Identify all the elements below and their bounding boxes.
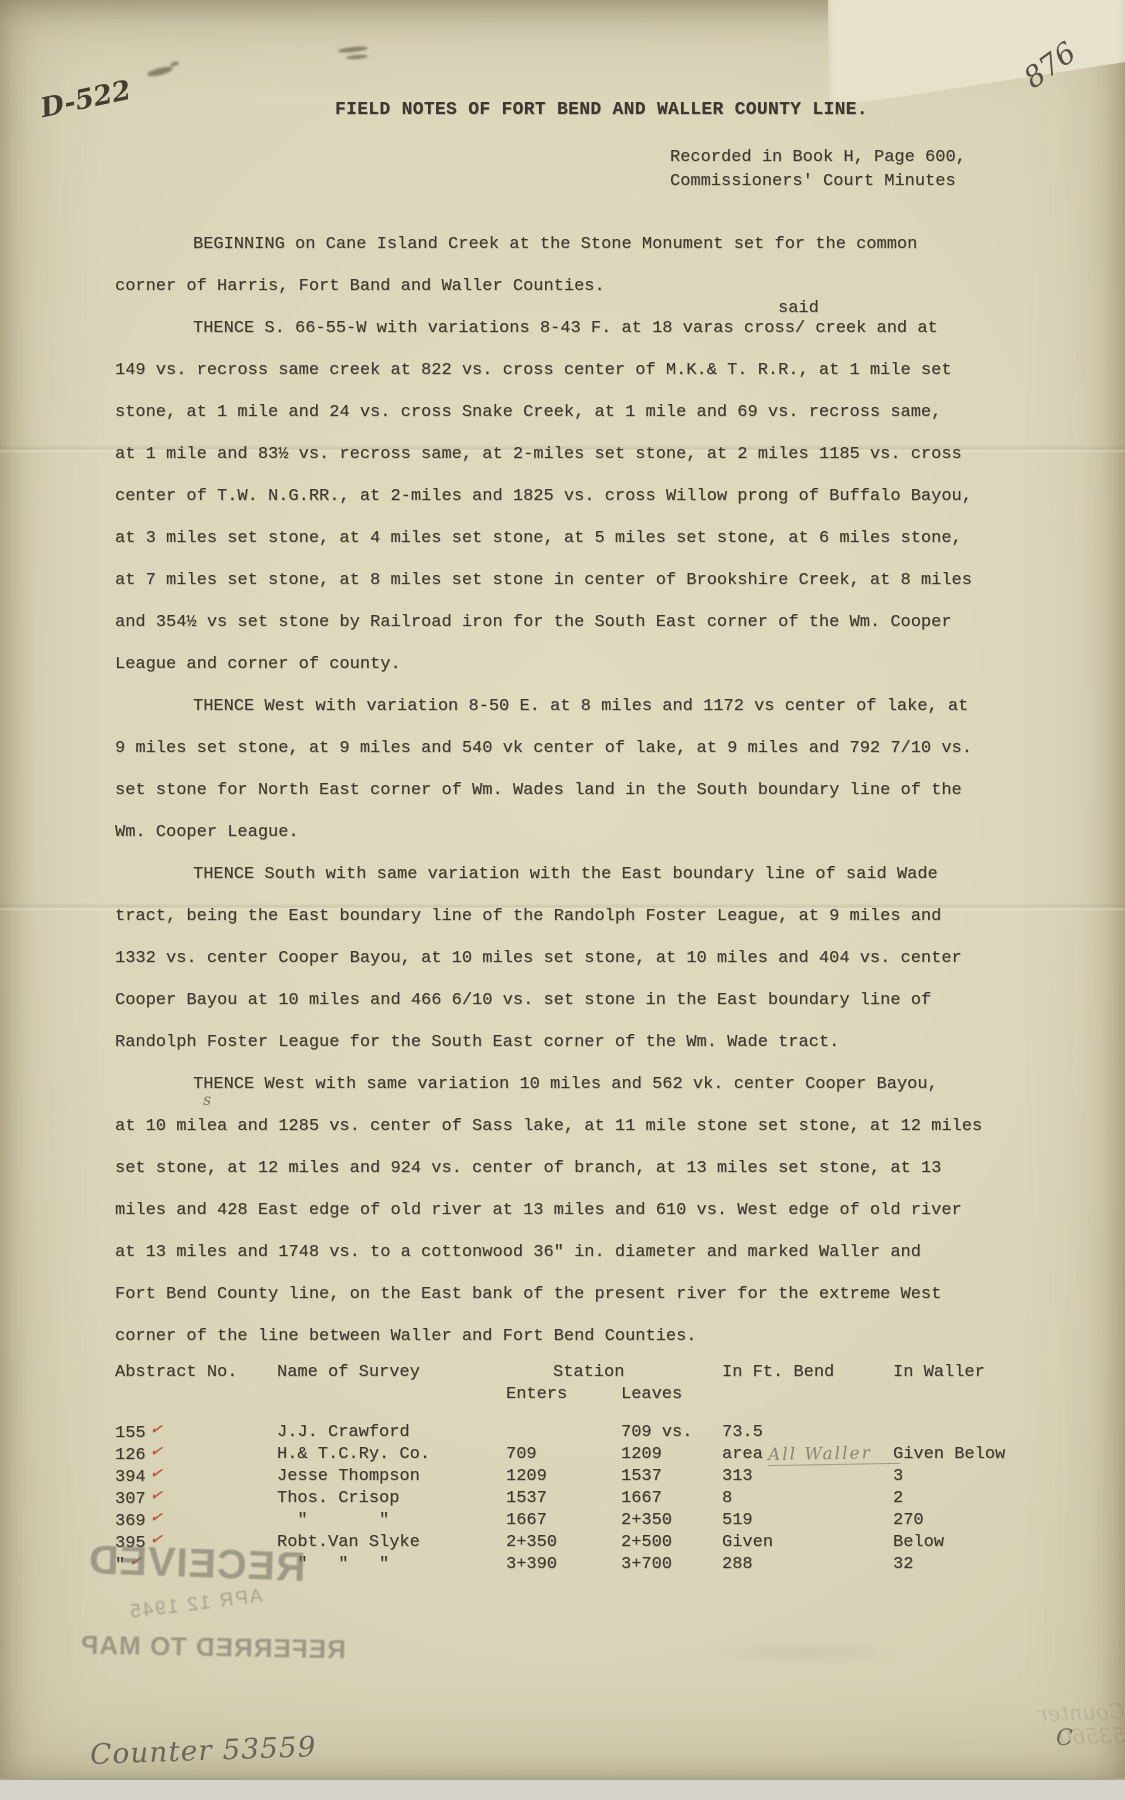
cell-enters: 1667: [506, 1511, 547, 1530]
cell-enters: 709: [506, 1445, 537, 1464]
paragraph-beginning: BEGINNING on Cane Island Creek at the St…: [115, 224, 1005, 308]
cell-enters: 3+390: [506, 1555, 557, 1574]
cell-leaves: 2+350: [621, 1511, 672, 1530]
cell-enters: 2+350: [506, 1533, 557, 1552]
bleed-counter-note: Counter 53560: [967, 1699, 1125, 1752]
col-header-name: Name of Survey: [277, 1363, 420, 1382]
paragraph-thence-1: THENCE S. 66-55-W with variations 8-43 F…: [115, 308, 1005, 686]
check-mark-icon: ✓: [147, 1419, 166, 1439]
cell-leaves: 3+700: [621, 1555, 672, 1574]
cell-ftbend: 519: [722, 1511, 753, 1530]
cell-waller: Below: [893, 1533, 944, 1552]
check-mark-icon: ✓: [147, 1485, 166, 1505]
handwritten-counter-number: Counter 53559: [89, 1730, 317, 1771]
cell-name: J.J. Crawford: [277, 1423, 410, 1442]
cell-leaves: 1209: [621, 1445, 662, 1464]
cell-leaves: 1667: [621, 1489, 662, 1508]
table-row: 307✓: [115, 1489, 162, 1509]
cell-waller: Given Below: [893, 1445, 1005, 1464]
cell-waller: 32: [893, 1555, 913, 1574]
ink-smudge: [170, 61, 180, 68]
cell-waller: 270: [893, 1511, 924, 1530]
cell-name: Jesse Thompson: [277, 1467, 420, 1486]
cell-name: " ": [277, 1511, 389, 1530]
cell-ftbend: Given: [722, 1533, 773, 1552]
handwritten-correction-s: s: [203, 1090, 211, 1109]
scanned-document: { "title": "FIELD NOTES OF FORT BEND AND…: [0, 0, 1125, 1800]
col-header-station: Station: [553, 1363, 624, 1382]
table-row: 155✓: [115, 1423, 162, 1443]
referred-to-map-stamp-bleed: REFERRED TO MAP: [80, 1630, 346, 1666]
scanner-background-band: [0, 1778, 1125, 1800]
ink-bleed-smudge: [700, 1640, 910, 1666]
cell-waller: 3: [893, 1467, 903, 1486]
handwritten-corner-mark: C: [1056, 1726, 1073, 1751]
document-title: FIELD NOTES OF FORT BEND AND WALLER COUN…: [335, 100, 868, 120]
page-corner-overlay: [828, 0, 1125, 110]
cell-name: H.& T.C.Ry. Co.: [277, 1445, 430, 1464]
check-mark-icon: ✓: [147, 1507, 166, 1527]
col-header-waller: In Waller: [893, 1363, 985, 1382]
cell-ftbend: 8: [722, 1489, 732, 1508]
col-header-enters: Enters: [506, 1385, 567, 1404]
document-page: D-522 876 FIELD NOTES OF FORT BEND AND W…: [0, 0, 1125, 1778]
cell-leaves: 2+500: [621, 1533, 672, 1552]
check-mark-icon: ✓: [147, 1463, 166, 1483]
cell-enters: 1209: [506, 1467, 547, 1486]
col-header-leaves: Leaves: [621, 1385, 682, 1404]
table-row: 126✓: [115, 1445, 162, 1465]
handwritten-all-waller-note: All Waller: [768, 1443, 900, 1466]
cell-name: Thos. Crisop: [277, 1489, 399, 1508]
received-stamp-bleed: RECEIVED: [87, 1536, 306, 1591]
cell-enters: 1537: [506, 1489, 547, 1508]
paragraph-thence-3: THENCE South with same variation with th…: [115, 854, 1005, 1064]
ink-smudge: [338, 45, 368, 53]
cell-ftbend: 288: [722, 1555, 753, 1574]
cell-ftbend: 313: [722, 1467, 753, 1486]
paragraph-thence-2: THENCE West with variation 8-50 E. at 8 …: [115, 686, 1005, 854]
typed-insertion-said: said: [778, 299, 819, 318]
cell-leaves: 1537: [621, 1467, 662, 1486]
table-row: 394✓: [115, 1467, 162, 1487]
col-header-ftbend: In Ft. Bend: [722, 1363, 834, 1382]
ink-smudge: [147, 65, 174, 78]
ink-smudge: [346, 54, 368, 60]
cell-ftbend: 73.5: [722, 1423, 763, 1442]
cell-waller: 2: [893, 1489, 903, 1508]
table-row: 369✓: [115, 1511, 162, 1531]
handwritten-doc-number: D-522: [38, 75, 134, 124]
col-header-abstract: Abstract No.: [115, 1363, 237, 1382]
check-mark-icon: ✓: [147, 1441, 166, 1461]
paragraph-thence-4: THENCE West with same variation 10 miles…: [115, 1064, 1005, 1358]
recording-note: Recorded in Book H, Page 600, Commission…: [670, 146, 966, 194]
cell-leaves: 709 vs.: [621, 1423, 692, 1442]
field-notes-body: BEGINNING on Cane Island Creek at the St…: [115, 224, 1005, 1358]
cell-ftbend: area: [722, 1445, 763, 1464]
stamp-date-bleed: APR 12 1945: [127, 1586, 264, 1624]
